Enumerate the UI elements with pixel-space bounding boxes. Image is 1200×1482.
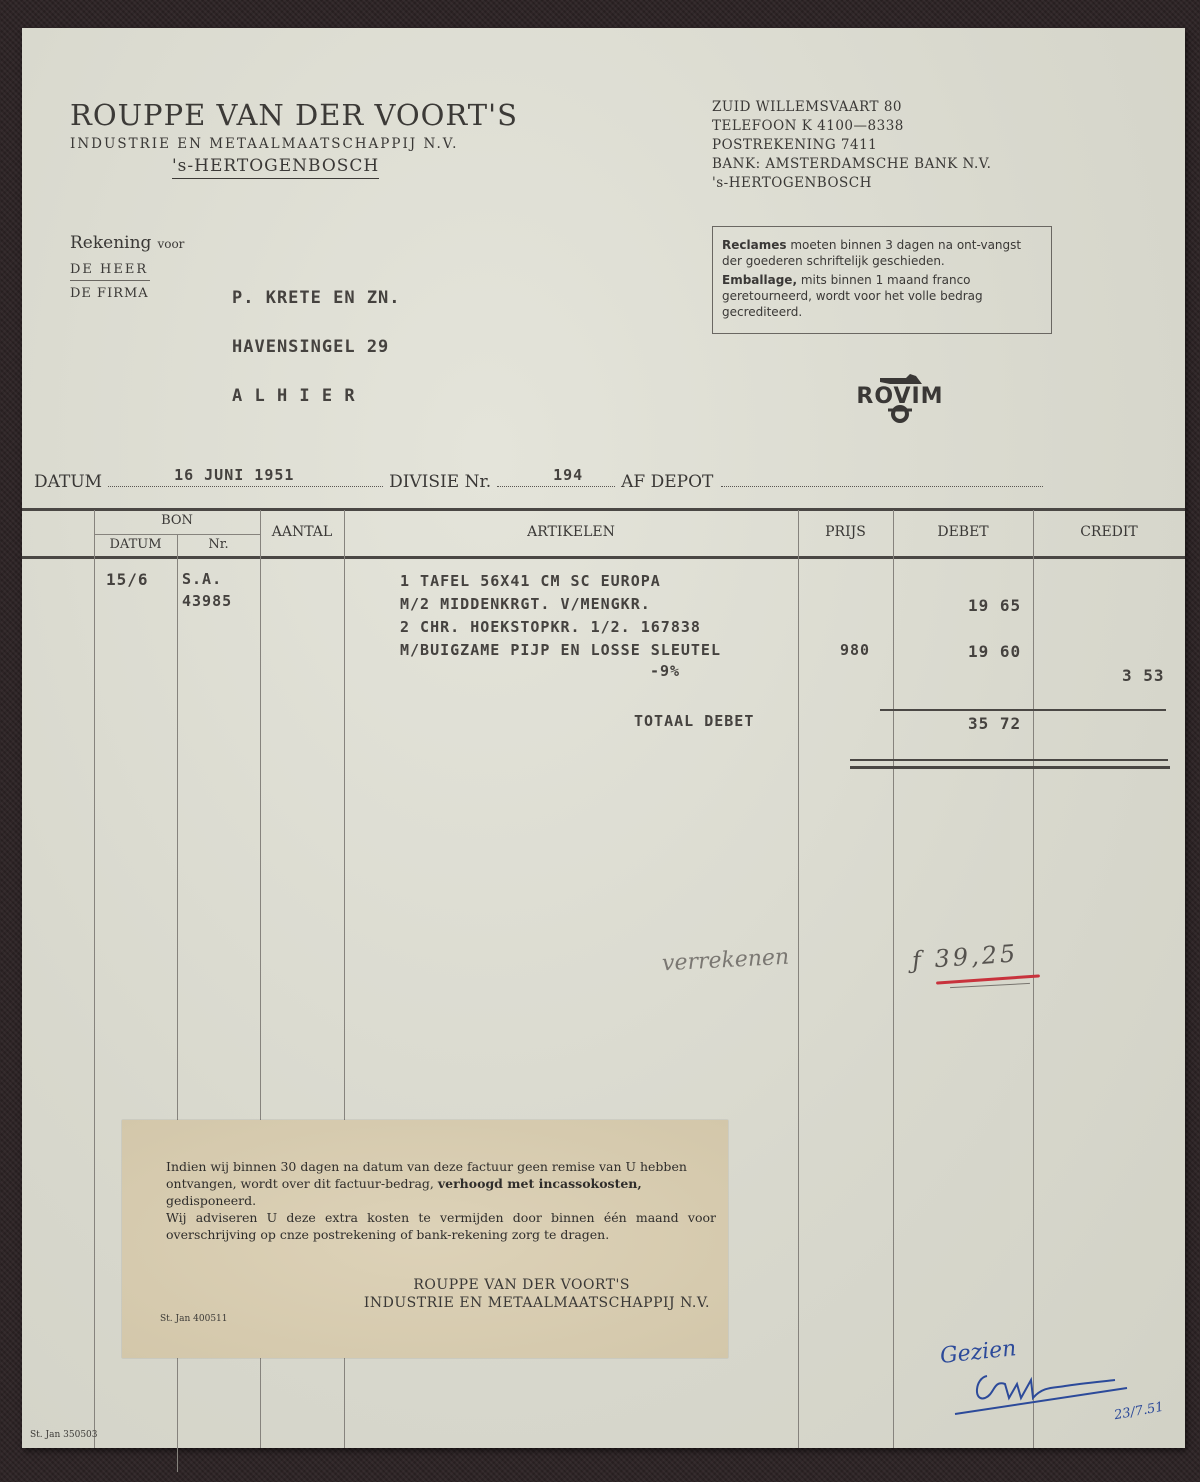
footer-print-code: St. Jan 350503 [30, 1430, 98, 1440]
column-divider [94, 510, 95, 1448]
header-bon: BON [94, 513, 260, 528]
address-line: 's-HERTOGENBOSCH [712, 174, 991, 193]
pencil-underline [950, 983, 1030, 988]
rekening-label: Rekening [70, 233, 151, 253]
slip-sign-line-2: INDUSTRIE EN METAALMAATSCHAPPIJ N.V. [110, 1295, 710, 1311]
article-line: M/2 MIDDENKRGT. V/MENGKR. [400, 595, 651, 613]
rovim-logo: ROVIM [850, 368, 950, 428]
article-line: M/BUIGZAME PIJP EN LOSSE SLEUTEL [400, 641, 721, 659]
slip-print-code: St. Jan 400511 [160, 1314, 228, 1324]
address-line: ZUID WILLEMSVAART 80 [712, 98, 991, 117]
row-debet-1: 19 65 [968, 596, 1021, 615]
table-header-bottom-rule [22, 556, 1185, 559]
datum-value: 16 JUNI 1951 [174, 466, 294, 484]
slip-text-part: gedisponeerd. [166, 1193, 256, 1208]
header-prijs: PRIJS [798, 524, 893, 540]
header-artikelen: ARTIKELEN [344, 524, 798, 540]
address-line: POSTREKENING 7411 [712, 136, 991, 155]
row-debet-2: 19 60 [968, 642, 1021, 661]
recipient-name: P. KRETE EN ZN. [232, 288, 401, 308]
slip-text-bold: verhoogd met incassokosten, [438, 1176, 642, 1191]
slip-sign-line-1: ROUPPE VAN DER VOORT'S [30, 1277, 630, 1293]
emballage-notice: Emballage, mits binnen 1 maand franco ge… [722, 272, 1042, 320]
company-address-block: ZUID WILLEMSVAART 80 TELEFOON K 4100—833… [712, 98, 991, 193]
divisie-field[interactable]: 194 [497, 472, 615, 487]
slip-text: Indien wij binnen 30 dagen na datum van … [166, 1158, 716, 1243]
address-line: TELEFOON K 4100—8338 [712, 117, 991, 136]
slip-paragraph-2: Wij adviseren U deze extra kosten te ver… [166, 1209, 716, 1243]
voor-label: voor [157, 237, 184, 251]
table-top-rule [22, 508, 1185, 511]
reclames-notice: Reclames moeten binnen 3 dagen na ont-va… [722, 237, 1042, 269]
row-bon-datum: 15/6 [106, 570, 149, 589]
slip-paragraph-1: Indien wij binnen 30 dagen na datum van … [166, 1158, 716, 1209]
af-depot-label: AF DEPOT [621, 472, 713, 492]
row-bon-nr-line2: 43985 [182, 592, 232, 610]
header-aantal: AANTAL [260, 524, 344, 540]
article-line: 1 TAFEL 56X41 CM SC EUROPA [400, 572, 661, 590]
row-prijs: 980 [840, 641, 870, 659]
company-subtitle: INDUSTRIE EN METAALMAATSCHAPPIJ N.V. [70, 136, 458, 152]
datum-row: DATUM 16 JUNI 1951 DIVISIE Nr. 194 AF DE… [34, 472, 1043, 492]
header-bon-datum: DATUM [94, 537, 177, 552]
total-double-rule-2 [850, 766, 1170, 769]
de-heer-label: DE HEER [70, 262, 150, 281]
header-debet: DEBET [893, 524, 1033, 540]
de-firma-label: DE FIRMA [70, 286, 149, 301]
discount: -9% [650, 662, 680, 680]
column-divider [798, 510, 799, 1448]
header-bon-nr: Nr. [177, 537, 260, 552]
logo-text: ROVIM [850, 384, 950, 409]
total-label: TOTAAL DEBET [634, 712, 754, 730]
subtotal-rule [880, 709, 1166, 711]
divisie-label: DIVISIE Nr. [389, 472, 491, 492]
divisie-value: 194 [553, 466, 583, 484]
bon-subheader-rule [94, 534, 260, 535]
invoice-paper: ROUPPE VAN DER VOORT'S INDUSTRIE EN META… [22, 28, 1185, 1448]
total-double-rule-1 [850, 759, 1168, 761]
reclames-label: Reclames [722, 238, 787, 252]
datum-label: DATUM [34, 472, 102, 492]
af-depot-field[interactable] [721, 472, 1043, 487]
datum-field[interactable]: 16 JUNI 1951 [108, 472, 383, 487]
company-city: 's-HERTOGENBOSCH [172, 156, 379, 179]
invoice-for-label: Rekeningvoor [70, 233, 184, 253]
recipient-street: HAVENSINGEL 29 [232, 337, 389, 357]
payment-terms-slip: Indien wij binnen 30 dagen na datum van … [122, 1120, 728, 1358]
address-line: BANK: AMSTERDAMSCHE BANK N.V. [712, 155, 991, 174]
handwritten-note: verrekenen [661, 945, 789, 977]
emballage-label: Emballage, [722, 273, 797, 287]
row-credit-1: 3 53 [1122, 666, 1165, 685]
row-bon-nr-line1: S.A. [182, 570, 222, 588]
company-name: ROUPPE VAN DER VOORT'S [70, 98, 518, 132]
article-line: 2 CHR. HOEKSTOPKR. 1/2. 167838 [400, 618, 701, 636]
recipient-city: A L H I E R [232, 386, 356, 406]
header-credit: CREDIT [1033, 524, 1185, 540]
column-divider [893, 510, 894, 1448]
handwritten-amount: ƒ 39,25 [911, 939, 1019, 974]
claims-notice-box: Reclames moeten binnen 3 dagen na ont-va… [712, 226, 1052, 334]
column-divider [1033, 510, 1034, 1448]
total-value: 35 72 [968, 714, 1021, 733]
